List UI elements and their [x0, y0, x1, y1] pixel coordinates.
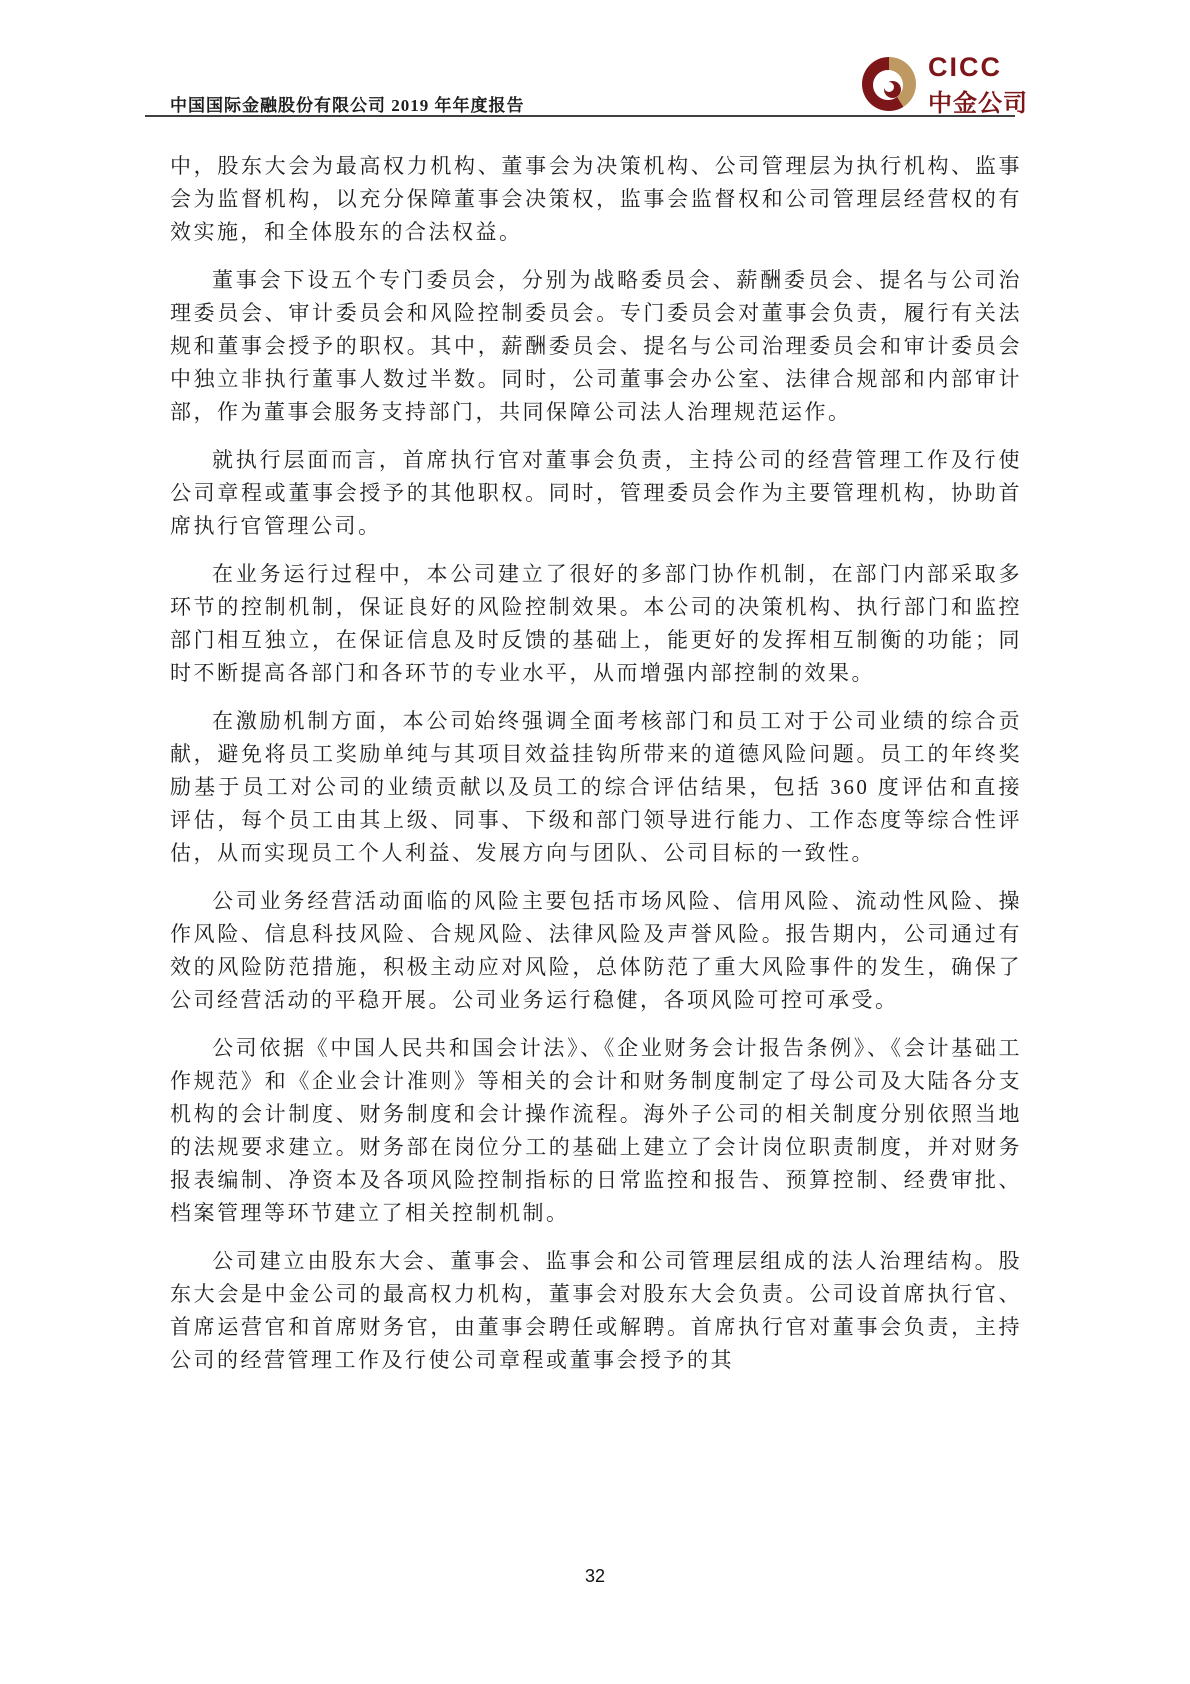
paragraph: 公司建立由股东大会、董事会、监事会和公司管理层组成的法人治理结构。股东大会是中金…	[170, 1245, 1022, 1377]
paragraph: 在业务运行过程中，本公司建立了很好的多部门协作机制，在部门内部采取多环节的控制机…	[170, 558, 1022, 690]
header-document-title: 中国国际金融股份有限公司 2019 年年度报告	[170, 91, 525, 116]
document-body: 中，股东大会为最高权力机构、董事会为决策机构、公司管理层为执行机构、监事会为监督…	[170, 150, 1022, 1377]
paragraph: 董事会下设五个专门委员会，分别为战略委员会、薪酬委员会、提名与公司治理委员会、审…	[170, 264, 1022, 429]
logo-acronym-text: CICC	[928, 52, 1002, 83]
logo-company-name-text: 中金公司	[928, 83, 1028, 118]
paragraph: 就执行层面而言，首席执行官对董事会负责，主持公司的经营管理工作及行使公司章程或董…	[170, 444, 1022, 543]
paragraph: 在激励机制方面，本公司始终强调全面考核部门和员工对于公司业绩的综合贡献，避免将员…	[170, 705, 1022, 870]
page-number: 32	[0, 1566, 1190, 1587]
report-page: 中国国际金融股份有限公司 2019 年年度报告 CICC 中金公司 中，股东大会…	[0, 0, 1190, 1684]
cicc-logo-mark-icon	[862, 57, 916, 111]
header-rule	[145, 115, 1015, 117]
paragraph: 公司业务经营活动面临的风险主要包括市场风险、信用风险、流动性风险、操作风险、信息…	[170, 885, 1022, 1017]
paragraph: 公司依据《中国人民共和国会计法》、《企业财务会计报告条例》、《会计基础工作规范》…	[170, 1032, 1022, 1230]
logo-swirl-shape	[873, 70, 903, 100]
paragraph: 中，股东大会为最高权力机构、董事会为决策机构、公司管理层为执行机构、监事会为监督…	[170, 150, 1022, 249]
